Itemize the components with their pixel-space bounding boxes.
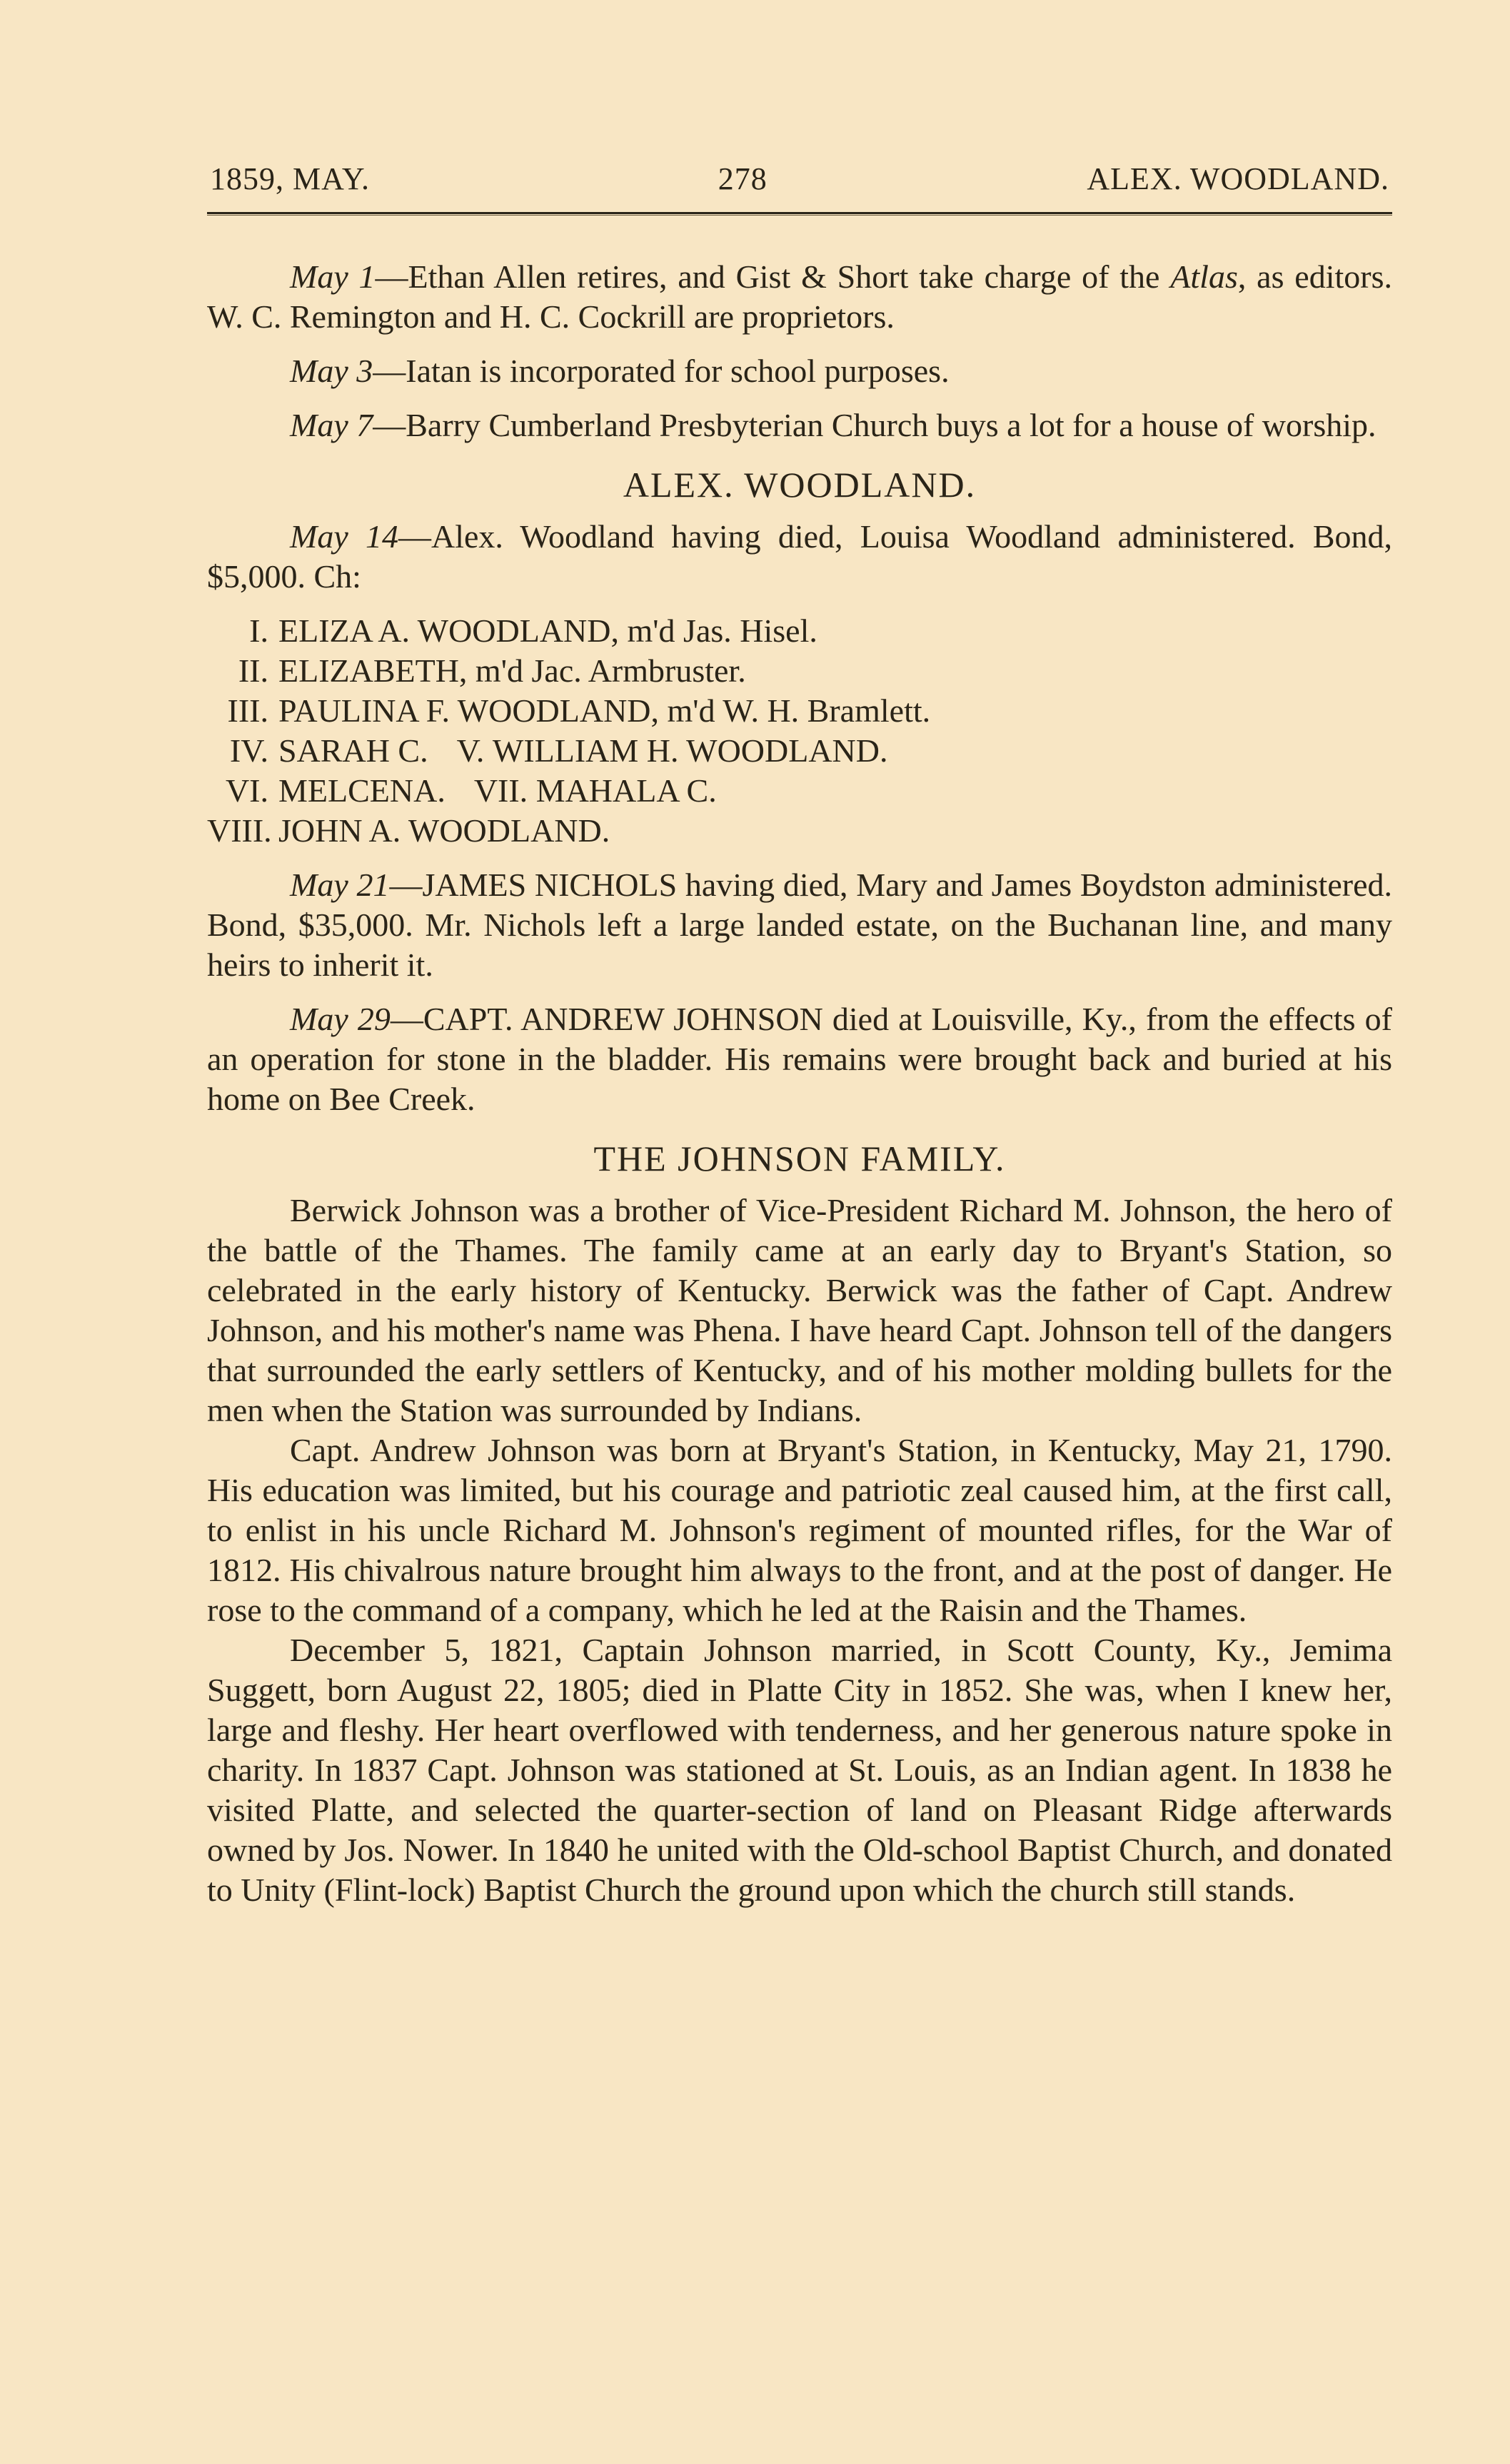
section-heading-johnson: THE JOHNSON FAMILY. (207, 1136, 1392, 1181)
roman-numeral: IV. (207, 731, 278, 771)
child-name: ELIZA A. WOODLAND, m'd Jas. Hisel. (278, 611, 817, 651)
running-head-right: ALEX. WOODLAND. (1087, 161, 1389, 197)
page-body: May 1—Ethan Allen retires, and Gist & Sh… (207, 257, 1392, 1910)
header-rule (207, 212, 1392, 216)
children-list: I. ELIZA A. WOODLAND, m'd Jas. Hisel. II… (207, 611, 1392, 851)
johnson-paragraph: Berwick Johnson was a brother of Vice-Pr… (207, 1191, 1392, 1430)
johnson-paragraph: December 5, 1821, Captain Johnson marrie… (207, 1630, 1392, 1910)
roman-numeral: I. (207, 611, 278, 651)
child-name: PAULINA F. WOODLAND, m'd W. H. Bramlett. (278, 691, 930, 731)
entry-may-14: May 14—Alex. Woodland having died, Louis… (207, 517, 1392, 597)
roman-numeral: II. (207, 651, 278, 691)
entry-text: —Iatan is incorporated for school purpos… (373, 353, 949, 389)
entry-may-7: May 7—Barry Cumberland Presbyterian Chur… (207, 405, 1392, 445)
section-heading-woodland: ALEX. WOODLAND. (207, 463, 1392, 507)
roman-numeral: III. (207, 691, 278, 731)
roman-numeral: VII. (474, 771, 528, 811)
entry-may-3: May 3—Iatan is incorporated for school p… (207, 351, 1392, 391)
entry-date: May 1 (290, 258, 376, 295)
entry-date: May 29 (290, 1001, 391, 1037)
entry-date: May 3 (290, 353, 373, 389)
page-number: 278 (718, 161, 767, 197)
running-head-left: 1859, MAY. (210, 161, 370, 197)
roman-numeral: V. (457, 731, 485, 771)
entry-text: —Ethan Allen retires, and Gist & Short t… (376, 258, 1171, 295)
child-name: JOHN A. WOODLAND. (278, 811, 610, 851)
entry-may-1: May 1—Ethan Allen retires, and Gist & Sh… (207, 257, 1392, 337)
child-item: VI. MELCENA. VII. MAHALA C. (207, 771, 1392, 811)
entry-text: —Barry Cumberland Presbyterian Church bu… (373, 407, 1376, 443)
child-item: VIII. JOHN A. WOODLAND. (207, 811, 1392, 851)
entry-date: May 14 (290, 518, 398, 555)
child-name: MELCENA. (278, 771, 446, 811)
newspaper-title: Atlas (1170, 258, 1238, 295)
book-page: 1859, MAY. 278 ALEX. WOODLAND. May 1—Eth… (207, 161, 1392, 1910)
entry-date: May 21 (290, 867, 389, 903)
child-item: III. PAULINA F. WOODLAND, m'd W. H. Bram… (207, 691, 1392, 731)
child-item: I. ELIZA A. WOODLAND, m'd Jas. Hisel. (207, 611, 1392, 651)
roman-numeral: VI. (207, 771, 278, 811)
entry-date: May 7 (290, 407, 373, 443)
child-name: WILLIAM H. WOODLAND. (493, 731, 888, 771)
entry-may-29: May 29—CAPT. ANDREW JOHNSON died at Loui… (207, 999, 1392, 1119)
entry-may-21: May 21—JAMES NICHOLS having died, Mary a… (207, 865, 1392, 985)
johnson-paragraph: Capt. Andrew Johnson was born at Bryant'… (207, 1430, 1392, 1630)
child-item: IV. SARAH C. V. WILLIAM H. WOODLAND. (207, 731, 1392, 771)
child-item: II. ELIZABETH, m'd Jac. Armbruster. (207, 651, 1392, 691)
child-name: MAHALA C. (536, 771, 717, 811)
roman-numeral: VIII. (207, 811, 278, 851)
running-head: 1859, MAY. 278 ALEX. WOODLAND. (207, 161, 1392, 202)
child-name: SARAH C. (278, 731, 428, 771)
child-name: ELIZABETH, m'd Jac. Armbruster. (278, 651, 746, 691)
